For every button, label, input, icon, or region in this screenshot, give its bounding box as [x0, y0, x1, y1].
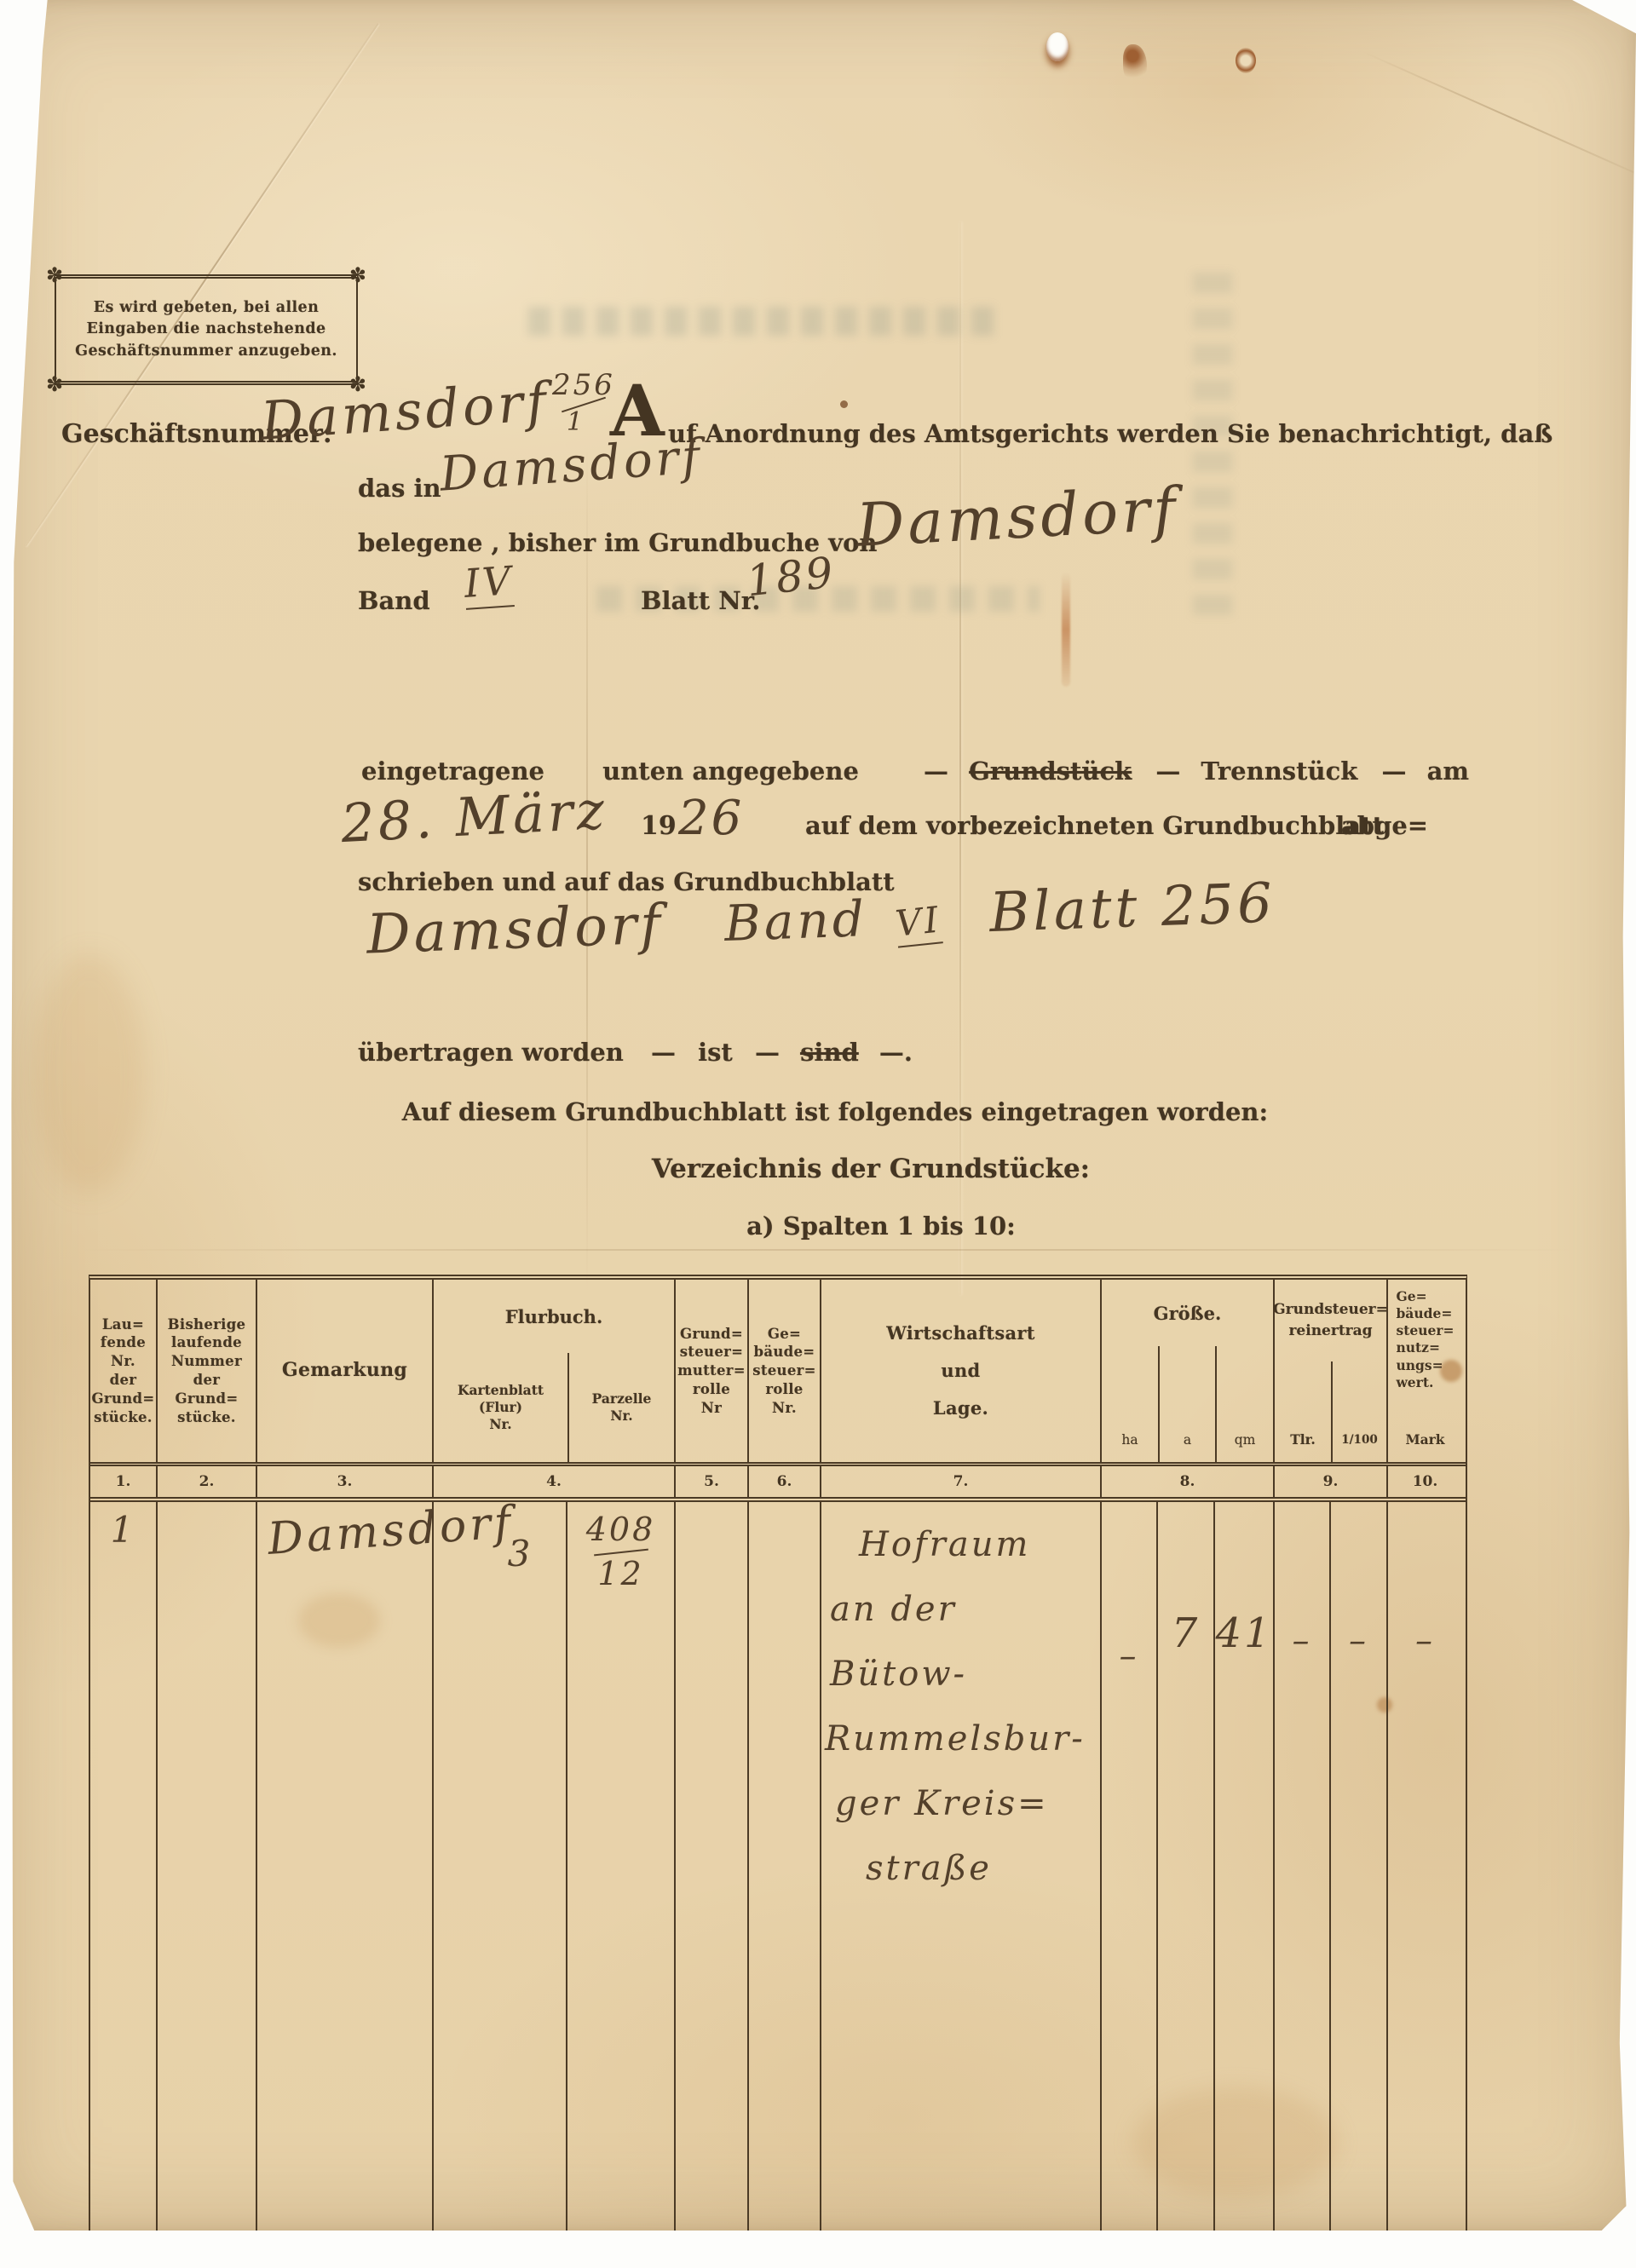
dash: — [1381, 757, 1406, 786]
cell-wirtschaftsart-lage: Hofraum an der Bütow- Rummelsbur- ger Kr… [821, 1502, 1102, 2236]
target-band-word: Band [723, 889, 868, 953]
header-mark-unit: Mark [1405, 1431, 1444, 1448]
bleed-through-ghost [528, 307, 1005, 336]
fold-crease [77, 1249, 1576, 1251]
header-groesse: Größe. [1102, 1280, 1273, 1346]
header-col10-text: Ge= bäude= steuer= nutz= ungs= wert. [1396, 1288, 1454, 1391]
column-number: 9. [1275, 1466, 1388, 1497]
word-uebertragen-worden: übertragen worden [358, 1038, 624, 1067]
notice-box: ✽ ✽ ✽ ✽ Es wird gebeten, bei allen Einga… [55, 274, 358, 385]
header-bisherige-nummer: Bisherige laufende Nummer der Grund= stü… [158, 1280, 257, 1462]
geschaeftsnummer-fraction-handwriting: 256 1 [552, 368, 615, 437]
lage-line: Hofraum [859, 1512, 1100, 1577]
cell-parzelle: 408 12 [567, 1502, 676, 2236]
header-parzelle: Parzelle Nr. [567, 1353, 674, 1462]
dash: — [924, 757, 948, 786]
word-eingetragene: eingetragene [361, 757, 544, 786]
rust-hole [1046, 32, 1069, 61]
header-tlr: Tlr. [1275, 1361, 1331, 1462]
year-handwriting: 26 [678, 791, 744, 846]
header-wirtschaftsart: Wirtschaftsart und Lage. [821, 1280, 1102, 1462]
cell-mark: – [1388, 1502, 1462, 2236]
table-body-row: 1 Damsdorf 3 408 12 [90, 1502, 1466, 2236]
cell-gebaeudesteuerrolle [749, 1502, 821, 2236]
cell-tlr: – [1275, 1502, 1331, 2236]
ha-value: – [1102, 1637, 1156, 1676]
abge-hyphenated: abge= [1341, 811, 1428, 840]
groesse-subcolumns: ha a qm [1102, 1346, 1273, 1462]
column-number: 5. [676, 1466, 749, 1497]
header-gebaeudesteuernutzungswert: Ge= bäude= steuer= nutz= ungs= wert. Mar… [1388, 1280, 1462, 1462]
cell-bisherige-nummer [158, 1502, 257, 2236]
fox-stain [34, 954, 145, 1193]
word-am: am [1427, 757, 1469, 786]
a-value: 7 [1158, 1609, 1213, 1657]
header-gemarkung: Gemarkung [257, 1280, 434, 1462]
blatt-nr-label: Blatt Nr. [641, 586, 760, 615]
paper-sheet: ✽ ✽ ✽ ✽ Es wird gebeten, bei allen Einga… [0, 0, 1636, 2231]
target-band-numeral: VI [895, 900, 942, 943]
column-number: 4. [434, 1466, 676, 1497]
cell-ha: – [1102, 1502, 1158, 2236]
notice-line: Eingaben die nachstehende [86, 319, 325, 340]
cell-grundsteuermutterrolle [676, 1502, 749, 2236]
grundbuch-place-handwriting: Damsdorf [855, 474, 1180, 561]
cell-kartenblatt: 3 [434, 1502, 567, 2236]
blatt-nr-value-handwriting: 189 [744, 548, 838, 607]
lage-line: ger Kreis= [835, 1771, 1100, 1836]
corner-ornament-icon: ✽ [349, 265, 366, 285]
header-ha: ha [1102, 1346, 1158, 1462]
header-hundertstel: 1/100 [1331, 1361, 1386, 1462]
year-printed: 19 [641, 811, 677, 841]
band-roman-numeral: VI [894, 898, 943, 947]
band-value-handwriting: IV [464, 559, 513, 608]
header-gebaeudesteuerrolle: Ge= bäude= steuer= rolle Nr. [749, 1280, 821, 1462]
dash: — [1155, 757, 1180, 786]
rust-streak [1062, 573, 1070, 687]
corner-ornament-icon: ✽ [46, 374, 63, 394]
column-number-row: 1. 2. 3. 4. 5. 6. 7. 8. 9. 10. [90, 1466, 1466, 1502]
tlr-value: – [1275, 1621, 1329, 1661]
column-number: 7. [821, 1466, 1102, 1497]
fold-crease [1363, 51, 1636, 184]
header-flurbuch-group: Flurbuch. Kartenblatt (Flur) Nr. Parzell… [434, 1280, 676, 1462]
target-place: Damsdorf [366, 893, 665, 966]
dash: — [755, 1038, 780, 1067]
cell-qm: 41 [1215, 1502, 1275, 2236]
lage-line: an der Bütow- [830, 1577, 1100, 1707]
header-grundsteuerreinertrag-group: Grundsteuer= reinertrag Tlr. 1/100 [1275, 1280, 1388, 1462]
column-number: 1. [90, 1466, 158, 1497]
word-ist: ist [698, 1038, 733, 1067]
header-kartenblatt: Kartenblatt (Flur) Nr. [434, 1353, 567, 1462]
cell-gemarkung: Damsdorf [257, 1502, 434, 2236]
flurbuch-subcolumns: Kartenblatt (Flur) Nr. Parzelle Nr. [434, 1353, 674, 1462]
eingetragene-line: eingetragene unten angegebene — Grundstü… [361, 757, 1469, 786]
band-roman-numeral: IV [463, 557, 515, 610]
spalten-subheading: a) Spalten 1 bis 10: [746, 1212, 1016, 1240]
word-unten-angegebene: unten angegebene [602, 757, 859, 786]
lage-line: straße [866, 1836, 1100, 1901]
scanned-document: ✽ ✽ ✽ ✽ Es wird gebeten, bei allen Einga… [0, 0, 1636, 2268]
verzeichnis-heading: Verzeichnis der Grundstücke: [652, 1154, 1090, 1184]
notification-line: uf Anordnung des Amtsgerichts werden Sie… [668, 419, 1552, 448]
cell-hundertstel: – [1331, 1502, 1388, 2236]
header-grundsteuermutterrolle: Grund= steuer= mutter= rolle Nr [676, 1280, 749, 1462]
dash: — [651, 1038, 676, 1067]
hundertstel-value: – [1331, 1621, 1386, 1661]
lage-line: Rummelsbur- [825, 1707, 1100, 1771]
word-sind-struck: sind [800, 1038, 859, 1067]
word-grundstueck-struck: Grundstück [969, 757, 1132, 786]
place-handwriting: Damsdorf [438, 429, 705, 502]
header-qm: qm [1215, 1346, 1273, 1462]
header-flurbuch: Flurbuch. [434, 1280, 674, 1353]
target-blatt: Blatt 256 [988, 872, 1276, 945]
mark-value: – [1388, 1621, 1462, 1661]
table-header-row: Lau= fende Nr. der Grund= stücke. Bisher… [90, 1280, 1466, 1466]
cell-a: 7 [1158, 1502, 1215, 2236]
rust-spot [1123, 44, 1147, 83]
notice-line: Es wird gebeten, bei allen [94, 297, 319, 319]
auf-dem-line: auf dem vorbezeichneten Grundbuchblatt [805, 811, 1384, 840]
qm-value: 41 [1215, 1609, 1273, 1657]
ink-dot [840, 400, 848, 408]
cell-laufende-nr: 1 [90, 1502, 158, 2236]
fraction-denominator: 12 [597, 1555, 643, 1592]
grundstuecke-table: Lau= fende Nr. der Grund= stücke. Bisher… [89, 1275, 1467, 2236]
notice-line: Geschäftsnummer anzugeben. [75, 341, 337, 362]
fraction-numerator: 256 [552, 368, 615, 402]
das-in-label: das in [358, 474, 441, 503]
column-number: 6. [749, 1466, 821, 1497]
rust-spot [1236, 48, 1256, 73]
column-number: 8. [1102, 1466, 1275, 1497]
end-dash: —. [879, 1038, 913, 1067]
fraction-numerator: 408 [586, 1511, 656, 1548]
bleed-through-ghost [1193, 273, 1232, 630]
parzelle-fraction: 408 12 [567, 1511, 674, 1592]
header-grundsteuerreinertrag: Grundsteuer= reinertrag [1275, 1280, 1386, 1361]
column-number: 10. [1388, 1466, 1462, 1497]
header-groesse-group: Größe. ha a qm [1102, 1280, 1275, 1462]
column-number: 3. [257, 1466, 434, 1497]
column-number: 2. [158, 1466, 257, 1497]
reinertrag-subcolumns: Tlr. 1/100 [1275, 1361, 1386, 1462]
header-laufende-nr: Lau= fende Nr. der Grund= stücke. [90, 1280, 158, 1462]
fraction-denominator: 1 [567, 407, 585, 437]
word-trennstueck: Trennstück [1201, 757, 1357, 786]
date-handwriting: 28. März [339, 779, 608, 855]
corner-ornament-icon: ✽ [46, 265, 63, 285]
band-label: Band [358, 586, 430, 615]
folgendes-sentence: Auf diesem Grundbuchblatt ist folgendes … [402, 1097, 1268, 1126]
uebertragen-line: übertragen worden — ist — sind —. [358, 1038, 913, 1067]
header-a: a [1158, 1346, 1215, 1462]
laufende-nr-value: 1 [90, 1509, 156, 1551]
